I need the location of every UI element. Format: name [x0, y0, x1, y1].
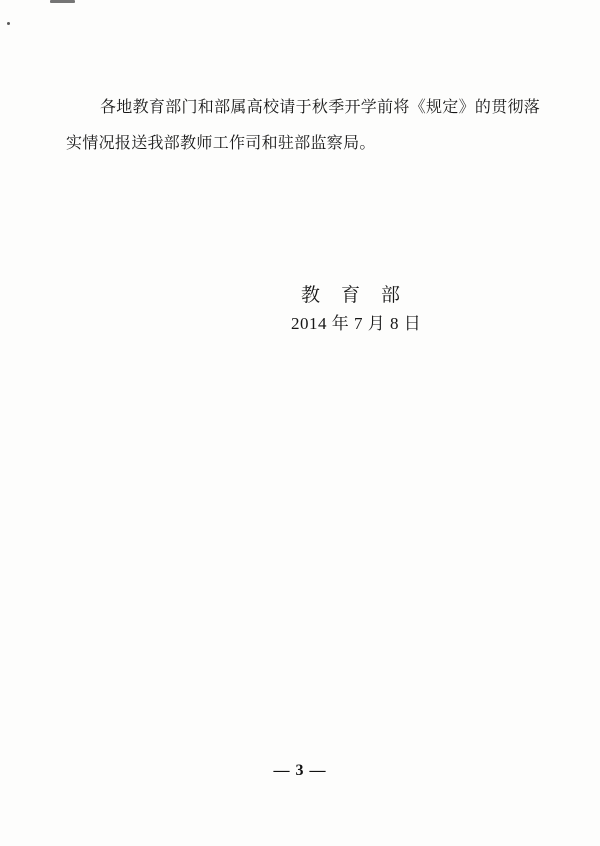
- scan-artifact-mark: [50, 0, 75, 3]
- scan-artifact-dot: [7, 22, 10, 25]
- page-number: — 3 —: [0, 762, 600, 780]
- signature-date: 2014 年 7 月 8 日: [291, 309, 421, 334]
- signature-issuer: 教 育 部: [301, 280, 401, 307]
- document-page: 各地教育部门和部属高校请于秋季开学前将《规定》的贯彻落 实情况报送我部教师工作司…: [0, 0, 600, 846]
- paragraph-line-1: 各地教育部门和部属高校请于秋季开学前将《规定》的贯彻落: [66, 90, 540, 126]
- body-paragraph: 各地教育部门和部属高校请于秋季开学前将《规定》的贯彻落 实情况报送我部教师工作司…: [66, 90, 540, 162]
- paragraph-line-2: 实情况报送我部教师工作司和驻部监察局。: [66, 126, 540, 162]
